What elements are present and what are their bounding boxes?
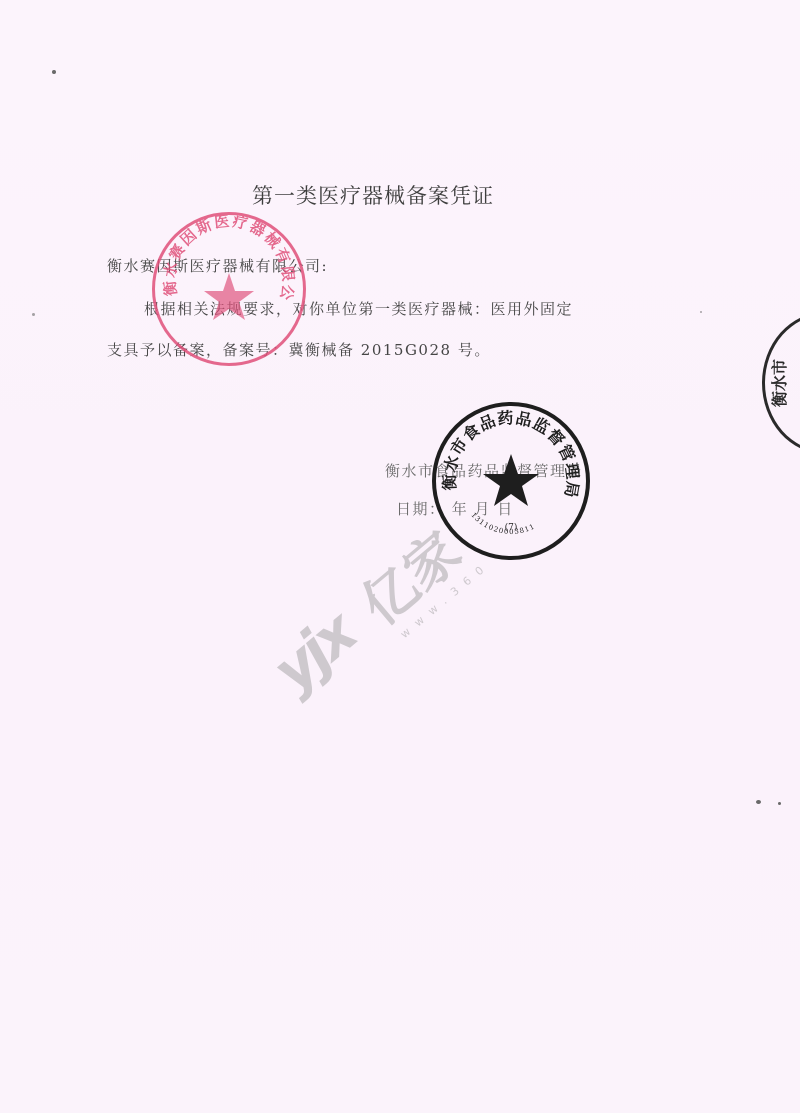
scan-speck [700,311,702,313]
scan-speck [52,70,56,74]
edge-seal-text: 衡水市 [770,359,789,407]
company-seal-graphic: 衡水赛因斯医疗器械有限公司 [155,215,303,363]
scan-speck [778,802,781,805]
scan-speck [32,313,35,316]
document-title: 第一类医疗器械备案凭证 [252,180,494,210]
star-icon [204,273,254,320]
scan-speck [756,800,761,804]
star-icon [483,454,539,506]
edge-seal-partial: 衡水市 [762,312,800,454]
company-seal-text: 衡水赛因斯医疗器械有限公司 [146,201,297,304]
scanned-document-page: 第一类医疗器械备案凭证 衡水赛因斯医疗器械有限公司: 根据相关法规要求，对你单位… [0,0,800,1113]
company-seal: 衡水赛因斯医疗器械有限公司 [152,212,306,366]
edge-seal-graphic: 衡水市 [765,315,800,451]
watermark-logo: yjx [260,599,367,705]
svg-text:衡水赛因斯医疗器械有限公司: 衡水赛因斯医疗器械有限公司 [146,201,297,304]
